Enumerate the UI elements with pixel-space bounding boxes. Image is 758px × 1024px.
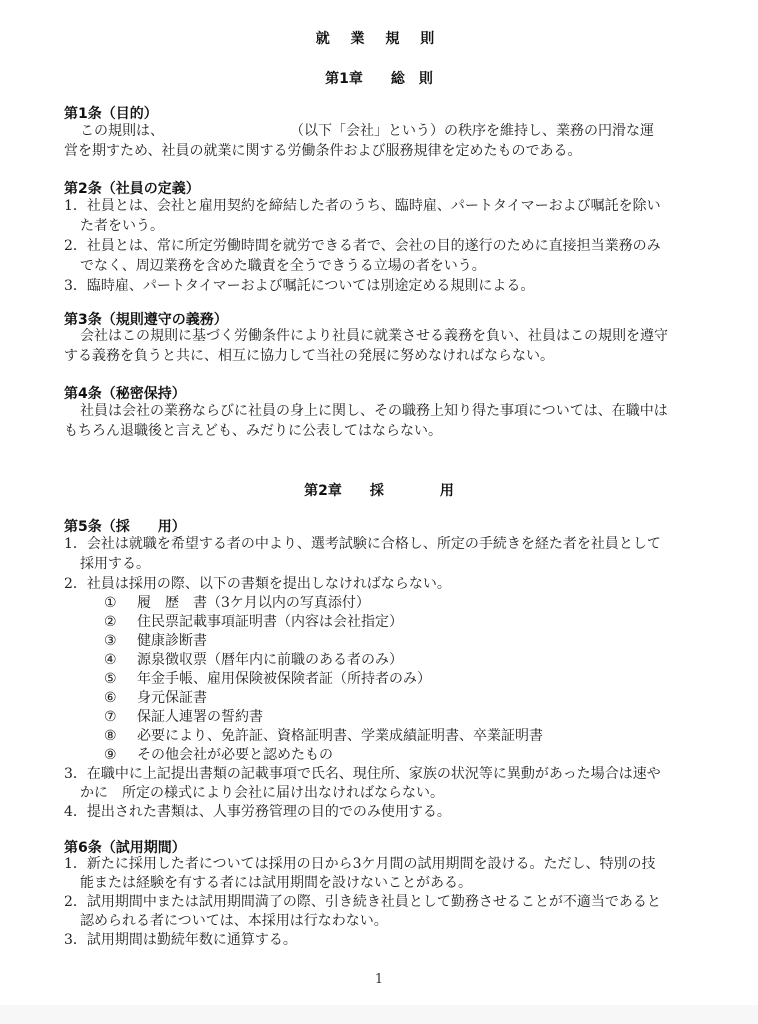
- article-2-line: でなく、周辺業務を含めた職責を全うできうる立場の者をいう。: [80, 256, 486, 276]
- article-6-line: 1．新たに採用した者については採用の日から3ケ月間の試用期間を設ける。ただし、特…: [64, 854, 656, 874]
- page-bottom-edge: [0, 1005, 758, 1024]
- document-item-text: 年金手帳、雇用保険被保険者証（所持者のみ）: [137, 669, 431, 689]
- article-5-line: 3．在職中に上記提出書類の記載事項で氏名、現住所、家族の状況等に異動があった場合…: [64, 764, 661, 784]
- article-5-line: 2．社員は採用の際、以下の書類を提出しなければならない。: [64, 574, 451, 594]
- article-6-line: 2．試用期間中または試用期間満了の際、引き続き社員として勤務させることが不適当で…: [64, 892, 661, 912]
- document-title: 就 業 規 則: [0, 28, 758, 48]
- document-page: 就 業 規 則 第1章 総 則 第1条（目的） この規則は、 （以下「会社」とい…: [0, 0, 758, 1024]
- article-5-line: かに 所定の様式により会社に届け出なければならない。: [80, 783, 444, 803]
- article-6-line: 3．試用期間は勤続年数に通算する。: [64, 930, 297, 950]
- document-item-text: 履 歴 書（3ケ月以内の写真添付）: [137, 593, 370, 613]
- article-6-line: 認められる者については、本採用は行なわない。: [80, 911, 388, 931]
- article-5-line: 1．会社は就職を希望する者の中より、選考試験に合格し、所定の手続きを経た者を社員…: [64, 534, 661, 554]
- article-2-line: た者をいう。: [80, 216, 164, 236]
- article-2-line: 3．臨時雇、パートタイマーおよび嘱託については別途定める規則による。: [64, 276, 534, 296]
- article-5-line: 4．提出された書類は、人事労務管理の目的でのみ使用する。: [64, 802, 451, 822]
- article-4-line: 社員は会社の業務ならびに社員の身上に関し、その職務上知り得た事項については、在職…: [80, 401, 668, 421]
- article-1-line: この規則は、 （以下「会社」という）の秩序を維持し、業務の円滑な運: [80, 121, 654, 141]
- article-2-line: 1．社員とは、会社と雇用契約を締結した者のうち、臨時雇、パートタイマーおよび嘱託…: [64, 196, 661, 216]
- document-item-number: ⑥: [104, 688, 117, 708]
- article-5-line: 採用する。: [80, 554, 150, 574]
- chapter-2-heading: 第2章 採 用: [0, 480, 758, 500]
- article-4-heading: 第4条（秘密保持）: [64, 383, 186, 403]
- document-item-text: 健康診断書: [137, 631, 207, 651]
- document-item-text: 身元保証書: [137, 688, 207, 708]
- article-3-line: 会社はこの規則に基づく労働条件により社員に就業させる義務を負い、社員はこの規則を…: [80, 326, 668, 346]
- document-item-number: ⑤: [104, 669, 117, 689]
- article-5-heading: 第5条（採 用）: [64, 516, 186, 536]
- article-1-line: 営を期すため、社員の就業に関する労働条件および服務規律を定めたものである。: [64, 141, 581, 161]
- article-2-line: 2．社員とは、常に所定労働時間を就労できる者で、会社の目的遂行のために直接担当業…: [64, 236, 661, 256]
- article-3-line: する義務を負うと共に、相互に協力して当社の発展に努めなければならない。: [64, 346, 554, 366]
- document-item-text: 住民票記載事項証明書（内容は会社指定）: [137, 612, 403, 632]
- document-item-number: ④: [104, 650, 117, 670]
- document-item-number: ⑨: [104, 745, 117, 765]
- document-item-number: ⑧: [104, 726, 117, 746]
- article-4-line: もちろん退職後と言えども、みだりに公表してはならない。: [64, 421, 442, 441]
- article-2-heading: 第2条（社員の定義）: [64, 178, 200, 198]
- page-number: 1: [0, 972, 758, 987]
- document-item-number: ①: [104, 593, 117, 613]
- document-item-text: その他会社が必要と認めたもの: [137, 745, 333, 765]
- chapter-1-heading: 第1章 総 則: [0, 68, 758, 88]
- document-item-text: 必要により、免許証、資格証明書、学業成績証明書、卒業証明書: [137, 726, 543, 746]
- article-1-heading: 第1条（目的）: [64, 103, 158, 123]
- document-item-text: 保証人連署の誓約書: [137, 707, 263, 727]
- document-item-number: ②: [104, 612, 117, 632]
- article-6-line: 能または経験を有する者には試用期間を設けないことがある。: [80, 873, 472, 893]
- document-item-text: 源泉徴収票（暦年内に前職のある者のみ）: [137, 650, 403, 670]
- document-item-number: ③: [104, 631, 117, 651]
- document-item-number: ⑦: [104, 707, 117, 727]
